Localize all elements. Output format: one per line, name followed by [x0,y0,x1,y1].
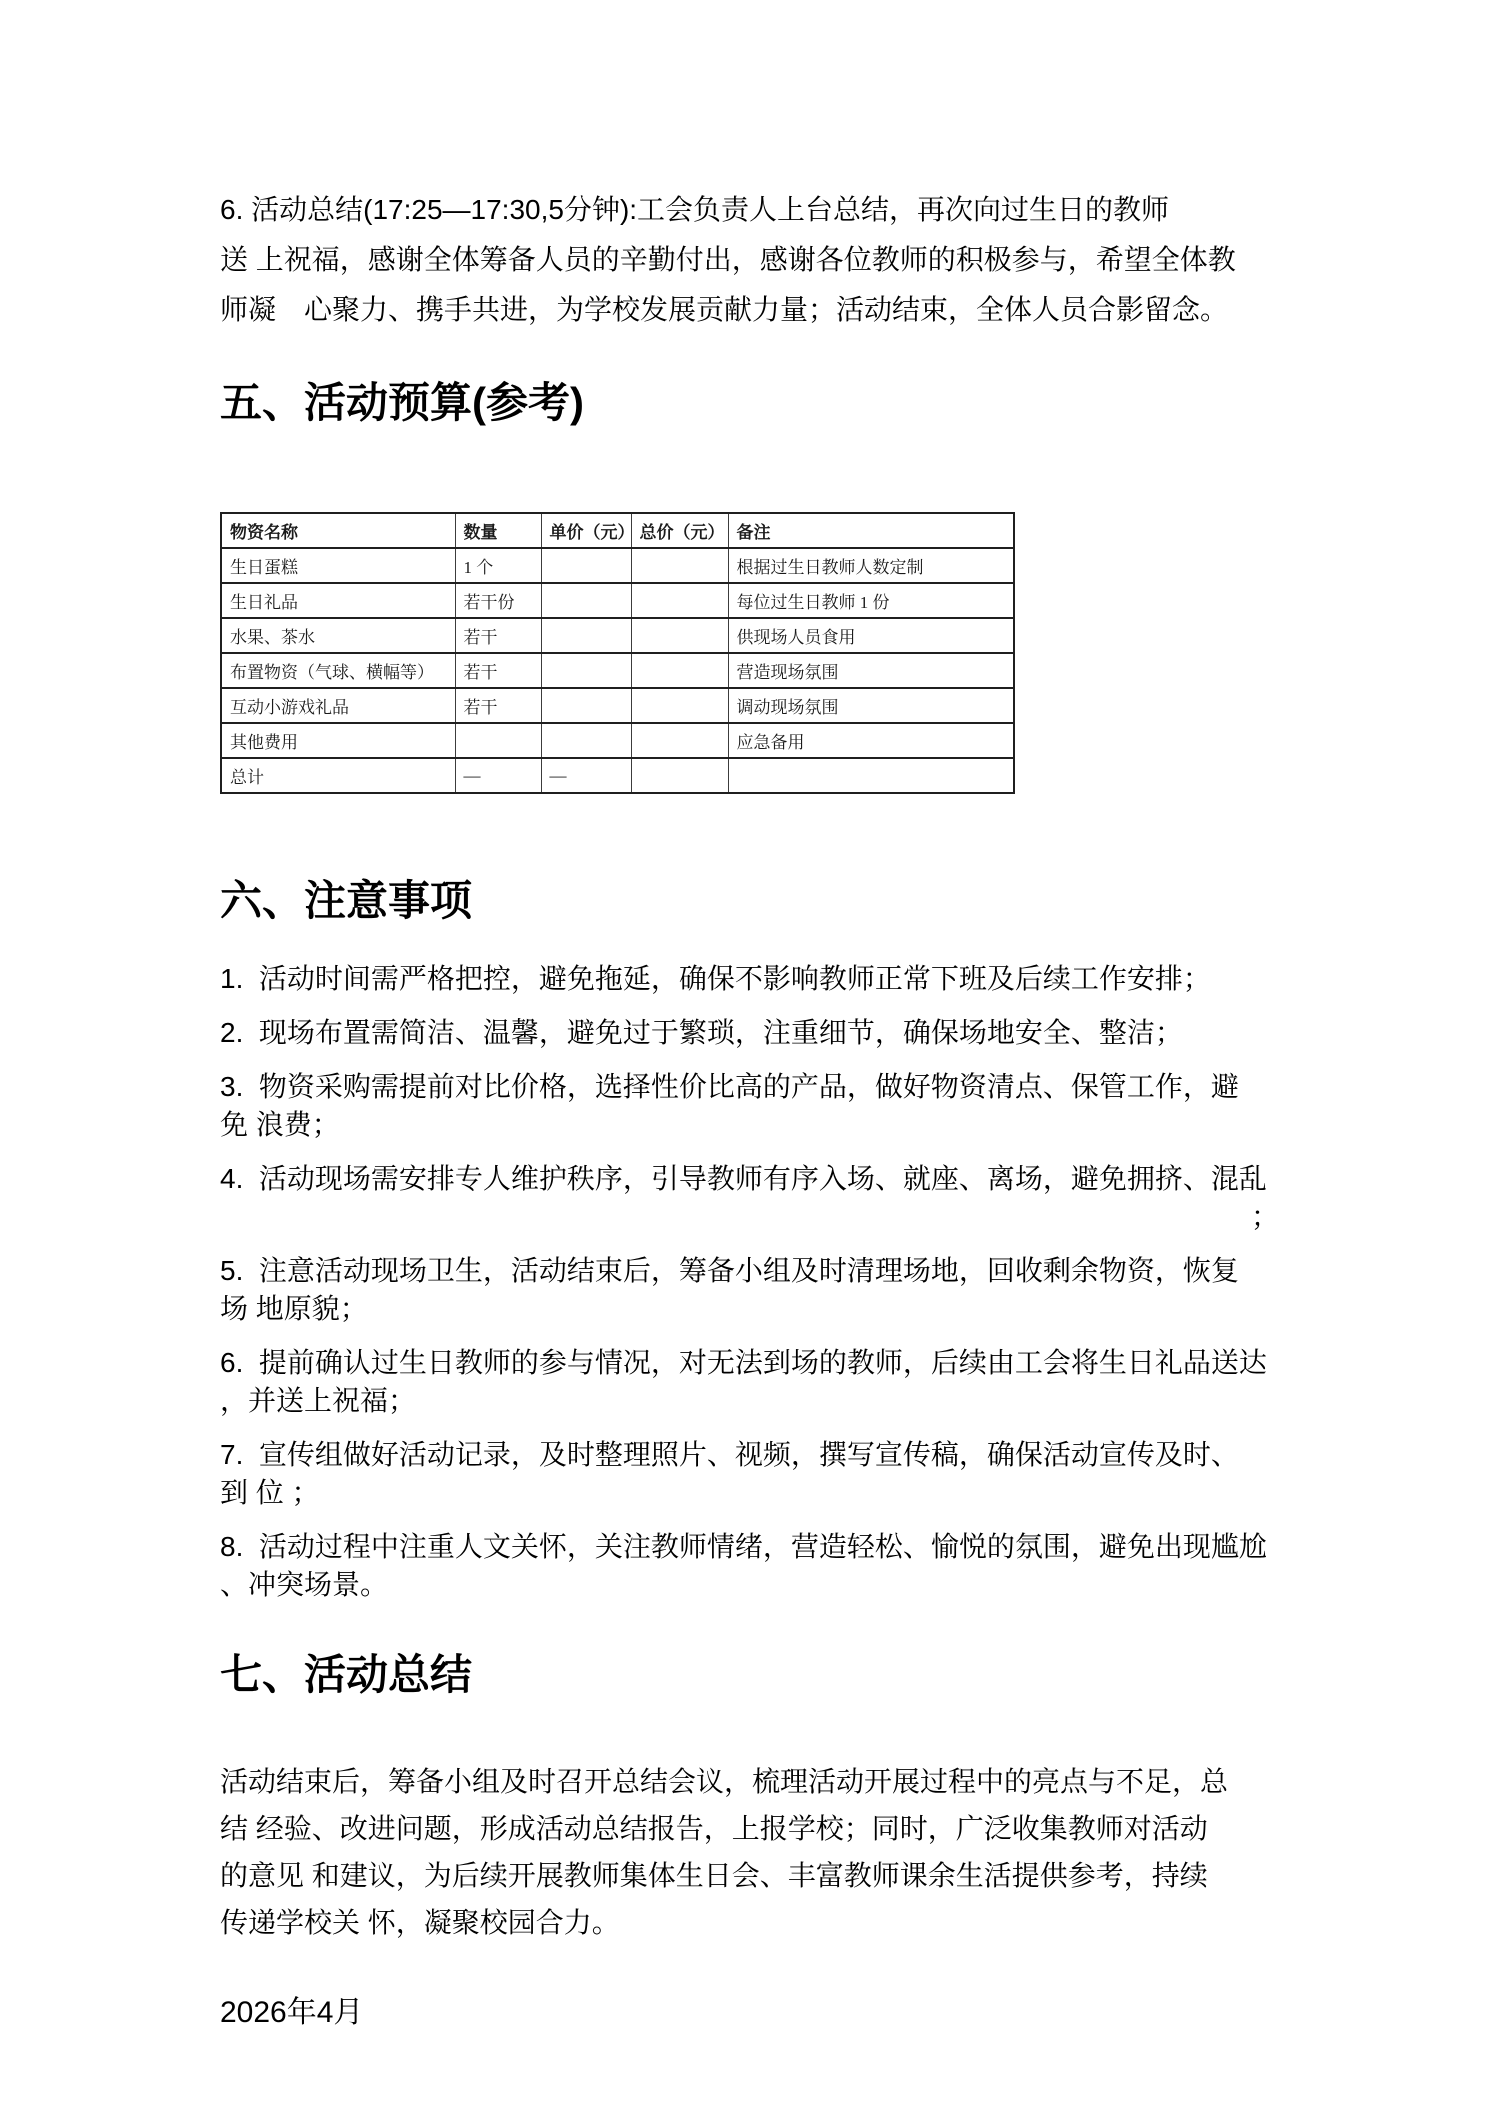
note-item-1: 1. 活动时间需严格把控，避免拖延，确保不影响教师正常下班及后续工作安排； [220,960,1293,998]
table-header-cell-remark: 备注 [728,513,1014,548]
budget-table: 物资名称 数量 单价（元） 总价（元） 备注 生日蛋糕 1 个 根据过生日教师人… [220,512,1015,794]
table-header-cell-quantity: 数量 [455,513,541,548]
note-item-text: 1. 活动时间需严格把控，避免拖延，确保不影响教师正常下班及后续工作安排； [220,960,1293,998]
note-item-text: 2. 现场布置需简洁、温馨，避免过于繁琐，注重细节，确保场地安全、整洁； [220,1014,1293,1052]
note-item-6: 6. 提前确认过生日教师的参与情况，对无法到场的教师，后续由工会将生日礼品送达 … [220,1344,1293,1420]
table-cell: 水果、茶水 [221,618,455,653]
section-heading-budget: 五、活动预算(参考) [220,380,1293,426]
table-cell [631,758,728,793]
table-header-row: 物资名称 数量 单价（元） 总价（元） 备注 [221,513,1014,548]
table-cell: — [541,758,631,793]
table-cell: 营造现场氛围 [728,653,1014,688]
note-item-text: 8. 活动过程中注重人文关怀，关注教师情绪，营造轻松、愉悦的氛围，避免出现尴尬 … [220,1528,1293,1604]
note-item-2: 2. 现场布置需简洁、温馨，避免过于繁琐，注重细节，确保场地安全、整洁； [220,1014,1293,1052]
note-item-text: 6. 提前确认过生日教师的参与情况，对无法到场的教师，后续由工会将生日礼品送达 … [220,1344,1293,1420]
table-row: 水果、茶水 若干 供现场人员食用 [221,618,1014,653]
table-row-total: 总计 — — [221,758,1014,793]
table-row: 布置物资（气球、横幅等） 若干 营造现场氛围 [221,653,1014,688]
note-item-4: 4. 活动现场需安排专人维护秩序，引导教师有序入场、就座、离场，避免拥挤、混乱 … [220,1160,1293,1236]
paragraph-activity-summary-item-6: 6. 活动总结(17:25—17:30,5分钟):工会负责人上台总结，再次向过生… [220,185,1293,335]
table-cell [455,723,541,758]
note-item-8: 8. 活动过程中注重人文关怀，关注教师情绪，营造轻松、愉悦的氛围，避免出现尴尬 … [220,1528,1293,1604]
table-cell: 根据过生日教师人数定制 [728,548,1014,583]
table-cell: 每位过生日教师 1 份 [728,583,1014,618]
table-cell: 其他费用 [221,723,455,758]
document-page: 6. 活动总结(17:25—17:30,5分钟):工会负责人上台总结，再次向过生… [0,0,1493,2112]
table-cell: — [455,758,541,793]
table-cell [631,653,728,688]
table-cell [631,548,728,583]
notes-list: 1. 活动时间需严格把控，避免拖延，确保不影响教师正常下班及后续工作安排； 2.… [220,960,1293,1604]
table-cell [541,723,631,758]
paragraph-summary: 活动结束后，筹备小组及时召开总结会议，梳理活动开展过程中的亮点与不足，总 结 经… [220,1758,1293,1946]
table-cell: 互动小游戏礼品 [221,688,455,723]
table-cell [541,653,631,688]
table-cell: 总计 [221,758,455,793]
table-cell [728,758,1014,793]
note-item-text: 5. 注意活动现场卫生，活动结束后，筹备小组及时清理场地，回收剩余物资，恢复 场… [220,1252,1293,1328]
table-cell [631,688,728,723]
note-item-text: 3. 物资采购需提前对比价格，选择性价比高的产品，做好物资清点、保管工作，避 免… [220,1068,1293,1144]
note-item-tail-punctuation: ； [220,1198,1293,1236]
table-cell [541,548,631,583]
note-item-3: 3. 物资采购需提前对比价格，选择性价比高的产品，做好物资清点、保管工作，避 免… [220,1068,1293,1144]
table-row: 其他费用 应急备用 [221,723,1014,758]
table-cell [631,618,728,653]
table-cell: 1 个 [455,548,541,583]
note-item-text: 7. 宣传组做好活动记录，及时整理照片、视频，撰写宣传稿，确保活动宣传及时、 到… [220,1436,1293,1512]
section-heading-notes: 六、注意事项 [220,878,1293,924]
table-header-cell-total-price: 总价（元） [631,513,728,548]
table-cell: 若干份 [455,583,541,618]
note-item-5: 5. 注意活动现场卫生，活动结束后，筹备小组及时清理场地，回收剩余物资，恢复 场… [220,1252,1293,1328]
document-date: 2026年4月 [220,1996,1293,2030]
table-cell: 生日蛋糕 [221,548,455,583]
table-cell: 生日礼品 [221,583,455,618]
table-cell [631,583,728,618]
table-row: 生日蛋糕 1 个 根据过生日教师人数定制 [221,548,1014,583]
section-heading-summary: 七、活动总结 [220,1652,1293,1698]
table-header-cell-unit-price: 单价（元） [541,513,631,548]
table-cell: 供现场人员食用 [728,618,1014,653]
table-cell: 若干 [455,688,541,723]
table-cell [631,723,728,758]
table-cell: 布置物资（气球、横幅等） [221,653,455,688]
table-cell: 应急备用 [728,723,1014,758]
table-cell: 调动现场氛围 [728,688,1014,723]
table-row: 互动小游戏礼品 若干 调动现场氛围 [221,688,1014,723]
table-cell [541,688,631,723]
table-cell: 若干 [455,653,541,688]
note-item-7: 7. 宣传组做好活动记录，及时整理照片、视频，撰写宣传稿，确保活动宣传及时、 到… [220,1436,1293,1512]
table-cell: 若干 [455,618,541,653]
table-row: 生日礼品 若干份 每位过生日教师 1 份 [221,583,1014,618]
table-cell [541,618,631,653]
note-item-text: 4. 活动现场需安排专人维护秩序，引导教师有序入场、就座、离场，避免拥挤、混乱 [220,1160,1293,1198]
table-cell [541,583,631,618]
table-header-cell-item-name: 物资名称 [221,513,455,548]
